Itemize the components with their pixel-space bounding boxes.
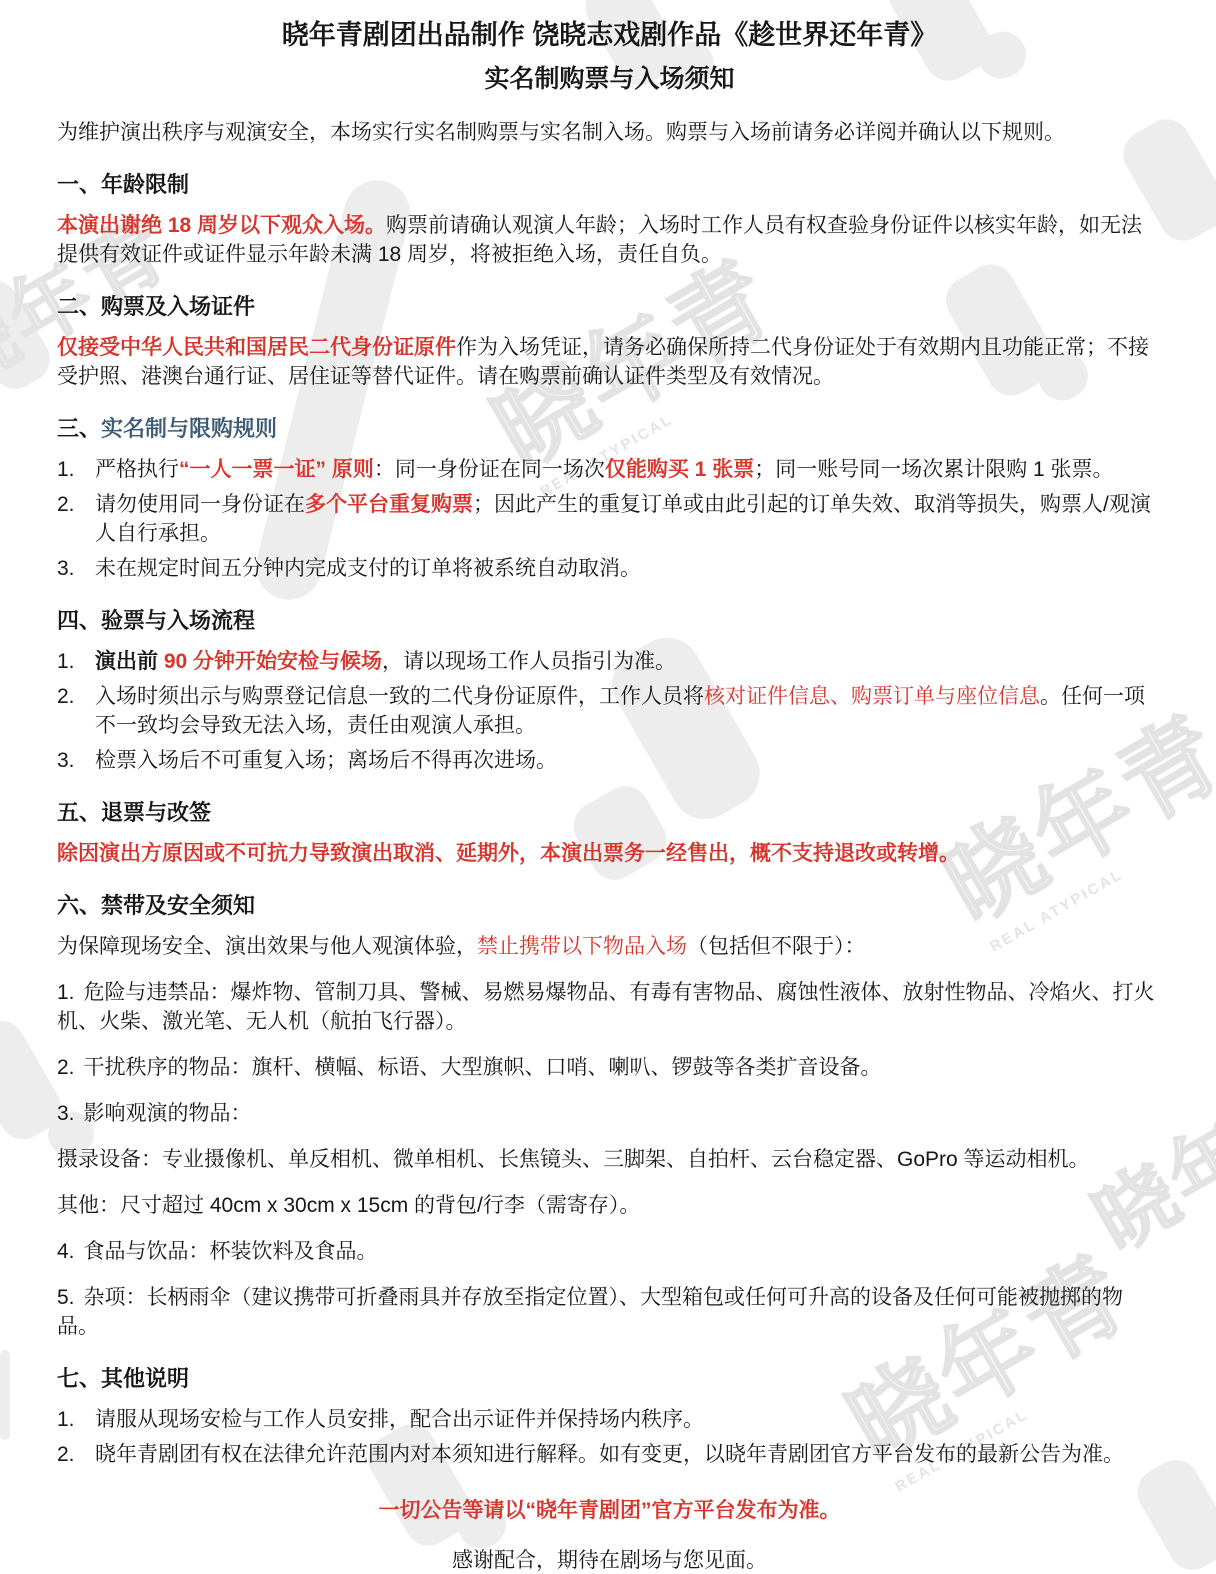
notice-page: 晓年青 REAL ATYPICAL 晓年青 REAL ATYPICAL 晓年青 … — [0, 0, 1216, 1574]
text-run: 为保障现场安全、演出效果与他人观演体验， — [57, 935, 477, 958]
list-item-number: 2. — [57, 682, 95, 740]
section-3-title: 实名制与限购规则 — [101, 416, 277, 441]
prohibited-item: 2.干扰秩序的物品：旗杆、横幅、标语、大型旗帜、口哨、喇叭、锣鼓等各类扩音设备。 — [57, 1053, 1162, 1082]
section-3-list: 1. 严格执行“一人一票一证” 原则：同一身份证在同一场次仅能购买 1 张票；同… — [57, 455, 1162, 583]
text-run: ：同一身份证在同一场次 — [374, 458, 605, 481]
list-item-number: 1. — [57, 455, 95, 484]
list-item: 2. 入场时须出示与购票登记信息一致的二代身份证原件，工作人员将核对证件信息、购… — [57, 682, 1162, 740]
list-item-number: 2. — [57, 490, 95, 548]
list-item-text: 检票入场后不可重复入场；离场后不得再次进场。 — [95, 746, 1162, 775]
intro-paragraph: 为维护演出秩序与观演安全，本场实行实名制购票与实名制入场。购票与入场前请务必详阅… — [57, 118, 1162, 147]
list-item: 3. 未在规定时间五分钟内完成支付的订单将被系统自动取消。 — [57, 554, 1162, 583]
document-subtitle: 实名制购票与入场须知 — [57, 61, 1162, 97]
list-item-number: 1. — [57, 1405, 95, 1434]
item-number: 4. — [57, 1240, 75, 1263]
highlight-prohibited-items: 禁止携带以下物品入场 — [477, 935, 687, 958]
item-text: 影响观演的物品： — [84, 1102, 252, 1125]
list-item-text: 演出前 90 分钟开始安检与候场，请以现场工作人员指引为准。 — [95, 647, 1162, 676]
list-item-text: 请勿使用同一身份证在多个平台重复购票；因此产生的重复订单或由此引起的订单失效、取… — [95, 490, 1162, 548]
section-7-heading: 七、其他说明 — [57, 1364, 1162, 1394]
text-run: 请勿使用同一身份证在 — [95, 493, 305, 516]
highlight-id-card: 仅接受中华人民共和国居民二代身份证原件 — [57, 336, 456, 359]
list-item: 1. 请服从现场安检与工作人员安排，配合出示证件并保持场内秩序。 — [57, 1405, 1162, 1434]
text-run: ，请以现场工作人员指引为准。 — [382, 650, 676, 673]
item-text: 摄录设备：专业摄像机、单反相机、微单相机、长焦镜头、三脚架、自拍杆、云台稳定器、… — [57, 1148, 1090, 1171]
closing-thanks: 感谢配合，期待在剧场与您见面。 — [57, 1546, 1162, 1574]
item-number: 3. — [57, 1102, 75, 1125]
prohibited-item: 5.杂项：长柄雨伞（建议携带可折叠雨具并存放至指定位置）、大型箱包或任何可升高的… — [57, 1283, 1162, 1341]
item-text: 杂项：长柄雨伞（建议携带可折叠雨具并存放至指定位置）、大型箱包或任何可升高的设备… — [57, 1286, 1123, 1338]
item-text: 食品与饮品：杯装饮料及食品。 — [84, 1240, 378, 1263]
section-6-intro: 为保障现场安全、演出效果与他人观演体验，禁止携带以下物品入场（包括但不限于）： — [57, 932, 1162, 961]
list-item-text: 入场时须出示与购票登记信息一致的二代身份证原件，工作人员将核对证件信息、购票订单… — [95, 682, 1162, 740]
text-run: （包括但不限于）： — [687, 935, 866, 958]
item-text: 危险与违禁品：爆炸物、管制刀具、警械、易燃易爆物品、有毒有害物品、腐蚀性液体、放… — [57, 981, 1155, 1033]
text-run: 入场时须出示与购票登记信息一致的二代身份证原件，工作人员将 — [95, 685, 704, 708]
notice-document: 晓年青剧团出品制作 饶晓志戏剧作品《趁世界还年青》 实名制购票与入场须知 为维护… — [0, 0, 1216, 1574]
prohibited-item: 1.危险与违禁品：爆炸物、管制刀具、警械、易燃易爆物品、有毒有害物品、腐蚀性液体… — [57, 978, 1162, 1036]
item-number: 5. — [57, 1286, 75, 1309]
section-4-list: 1. 演出前 90 分钟开始安检与候场，请以现场工作人员指引为准。 2. 入场时… — [57, 647, 1162, 775]
section-6-heading: 六、禁带及安全须知 — [57, 891, 1162, 921]
list-item-text: 请服从现场安检与工作人员安排，配合出示证件并保持场内秩序。 — [95, 1405, 1162, 1434]
list-item-text: 晓年青剧团有权在法律允许范围内对本须知进行解释。如有变更，以晓年青剧团官方平台发… — [95, 1440, 1162, 1469]
text-run: 检票入场后不可重复入场；离场后不得再次进场。 — [95, 749, 557, 772]
list-item-number: 3. — [57, 746, 95, 775]
list-item-number: 3. — [57, 554, 95, 583]
prohibited-item: 4.食品与饮品：杯装饮料及食品。 — [57, 1237, 1162, 1266]
section-2-heading: 二、购票及入场证件 — [57, 292, 1162, 322]
text-run: 严格执行 — [95, 458, 179, 481]
text-run: ；同一账号同一场次累计限购 1 张票。 — [754, 458, 1113, 481]
list-item-number: 2. — [57, 1440, 95, 1469]
list-item: 2. 晓年青剧团有权在法律允许范围内对本须知进行解释。如有变更，以晓年青剧团官方… — [57, 1440, 1162, 1469]
list-item-text: 严格执行“一人一票一证” 原则：同一身份证在同一场次仅能购买 1 张票；同一账号… — [95, 455, 1162, 484]
list-item: 1. 演出前 90 分钟开始安检与候场，请以现场工作人员指引为准。 — [57, 647, 1162, 676]
prohibited-item-detail: 其他：尺寸超过 40cm x 30cm x 15cm 的背包/行李（需寄存）。 — [57, 1191, 1162, 1220]
list-item-text: 未在规定时间五分钟内完成支付的订单将被系统自动取消。 — [95, 554, 1162, 583]
section-1-heading: 一、年龄限制 — [57, 170, 1162, 200]
official-announcement-notice: 一切公告等请以“晓年青剧团”官方平台发布为准。 — [57, 1496, 1162, 1525]
highlight-age-limit: 本演出谢绝 18 周岁以下观众入场。 — [57, 214, 386, 237]
section-1-paragraph: 本演出谢绝 18 周岁以下观众入场。购票前请确认观演人年龄；入场时工作人员有权查… — [57, 211, 1162, 269]
section-4-heading: 四、验票与入场流程 — [57, 606, 1162, 636]
list-item: 3. 检票入场后不可重复入场；离场后不得再次进场。 — [57, 746, 1162, 775]
document-title: 晓年青剧团出品制作 饶晓志戏剧作品《趁世界还年青》 — [57, 16, 1162, 54]
list-item-number: 1. — [57, 647, 95, 676]
section-5-paragraph: 除因演出方原因或不可抗力导致演出取消、延期外，本演出票务一经售出，概不支持退改或… — [57, 839, 1162, 868]
prohibited-item-detail: 摄录设备：专业摄像机、单反相机、微单相机、长焦镜头、三脚架、自拍杆、云台稳定器、… — [57, 1145, 1162, 1174]
section-7-list: 1. 请服从现场安检与工作人员安排，配合出示证件并保持场内秩序。 2. 晓年青剧… — [57, 1405, 1162, 1469]
highlight-info-verification: 核对证件信息、购票订单与座位信息 — [704, 685, 1040, 708]
section-2-paragraph: 仅接受中华人民共和国居民二代身份证原件作为入场凭证，请务必确保所持二代身份证处于… — [57, 333, 1162, 391]
prohibited-item: 3.影响观演的物品： — [57, 1099, 1162, 1128]
item-text: 其他：尺寸超过 40cm x 30cm x 15cm 的背包/行李（需寄存）。 — [57, 1194, 640, 1217]
section-3-heading: 三、实名制与限购规则 — [57, 414, 1162, 444]
text-run: 未在规定时间五分钟内完成支付的订单将被系统自动取消。 — [95, 557, 641, 580]
text-run: 请服从现场安检与工作人员安排，配合出示证件并保持场内秩序。 — [95, 1408, 704, 1431]
section-3-number: 三、 — [57, 416, 101, 441]
item-number: 1. — [57, 981, 75, 1004]
item-number: 2. — [57, 1056, 75, 1079]
list-item: 1. 严格执行“一人一票一证” 原则：同一身份证在同一场次仅能购买 1 张票；同… — [57, 455, 1162, 484]
section-5-heading: 五、退票与改签 — [57, 798, 1162, 828]
highlight-one-ticket-rule: “一人一票一证” 原则 — [179, 458, 374, 481]
highlight-duplicate-purchase: 多个平台重复购票 — [305, 493, 473, 516]
item-text: 干扰秩序的物品：旗杆、横幅、标语、大型旗帜、口哨、喇叭、锣鼓等各类扩音设备。 — [84, 1056, 882, 1079]
text-run: 演出前 — [95, 650, 164, 673]
highlight-security-check-time: 90 分钟开始安检与候场 — [164, 650, 382, 673]
highlight-one-ticket-limit: 仅能购买 1 张票 — [605, 458, 754, 481]
text-run: 晓年青剧团有权在法律允许范围内对本须知进行解释。如有变更，以晓年青剧团官方平台发… — [95, 1443, 1124, 1466]
list-item: 2. 请勿使用同一身份证在多个平台重复购票；因此产生的重复订单或由此引起的订单失… — [57, 490, 1162, 548]
